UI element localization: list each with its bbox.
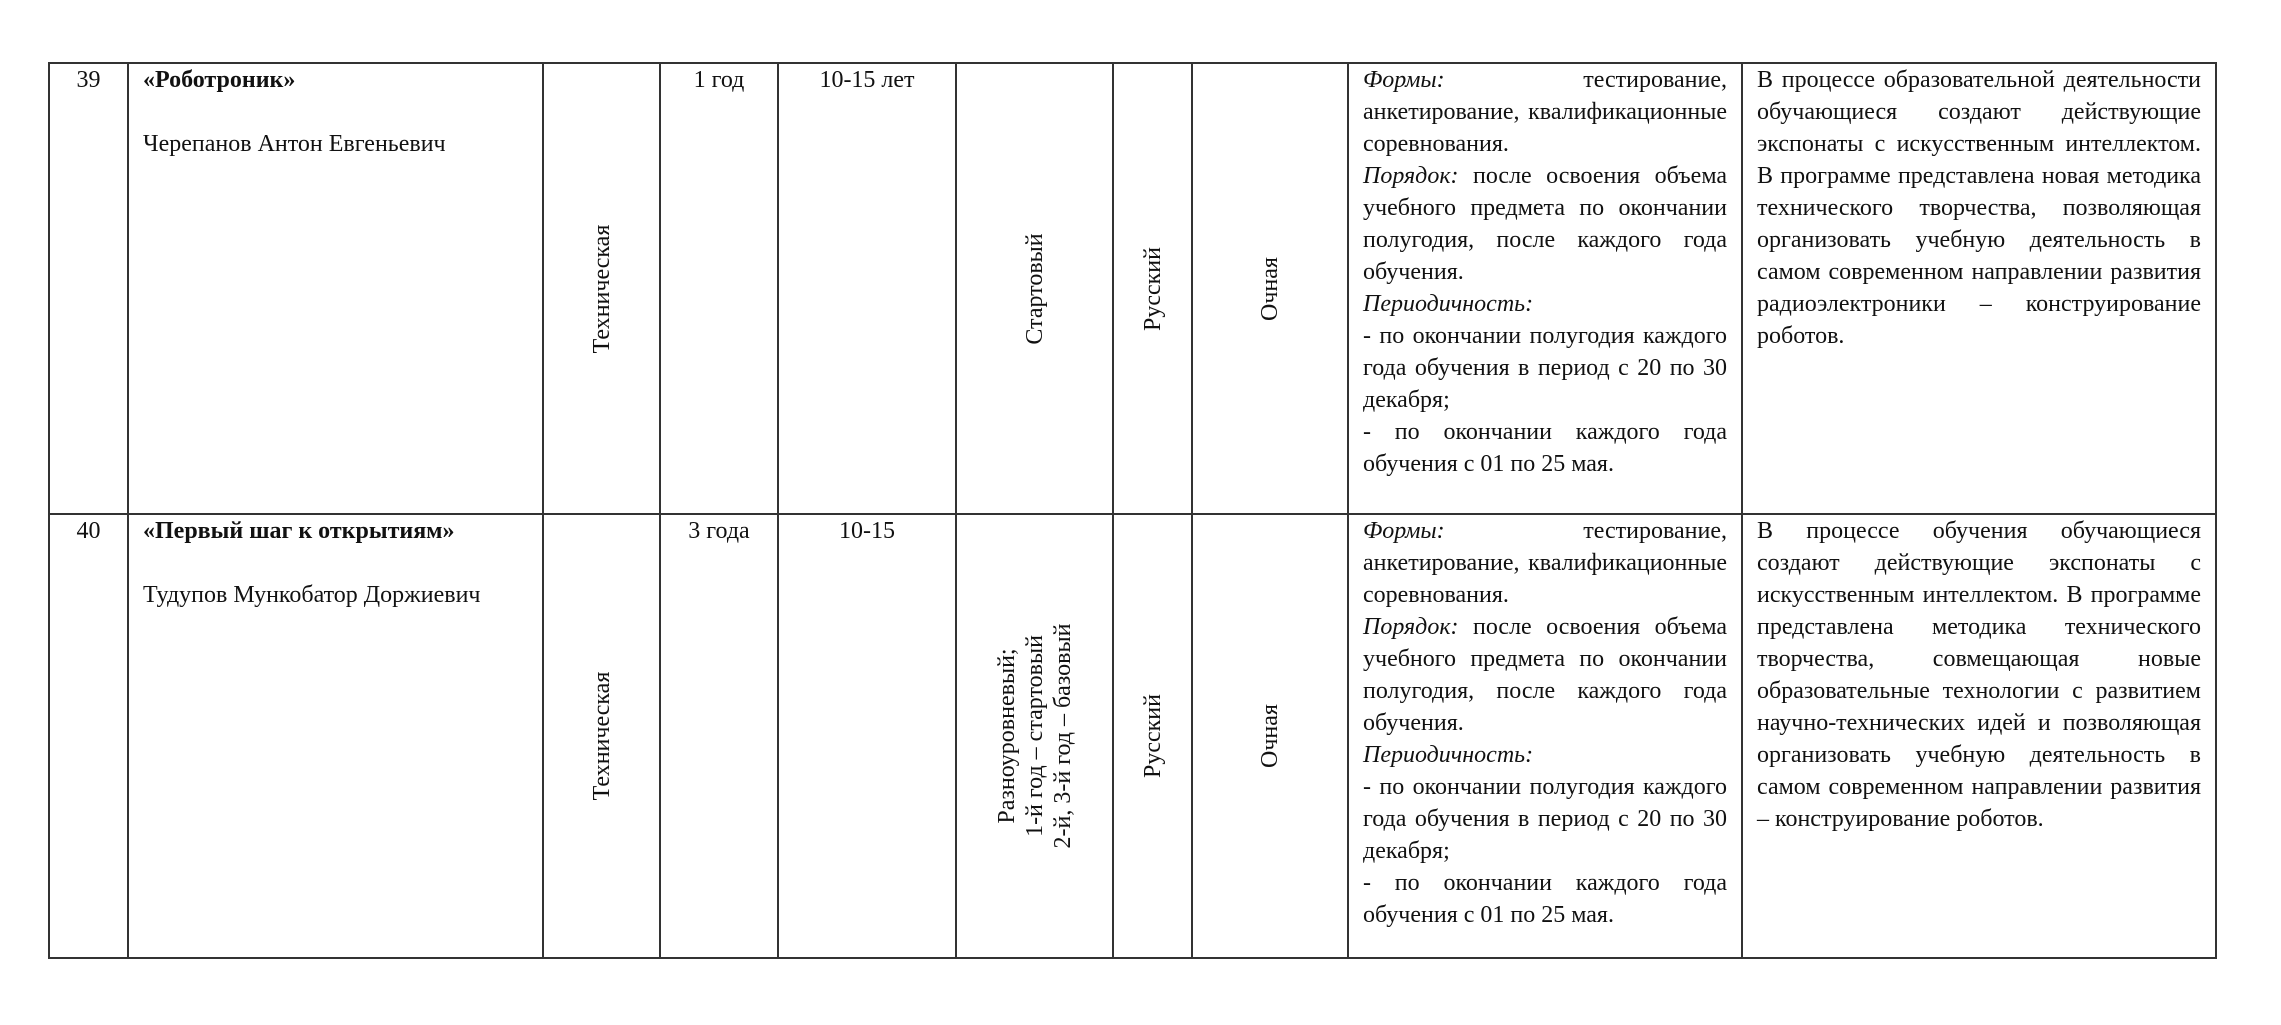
attestation-cell: Формы: тестирование, анкетирование, квал… <box>1348 63 1742 514</box>
forms-label: Формы: <box>1363 518 1445 544</box>
table-row: 39 «Роботроник» Черепанов Антон Евгеньев… <box>49 63 2216 514</box>
program-cell: «Первый шаг к открытиям» Тудупов Мункоба… <box>128 514 543 958</box>
language: Русский <box>1137 247 1169 331</box>
duration: 3 года <box>660 514 778 958</box>
direction-cell: Техническая <box>543 514 660 958</box>
program-title: «Роботроник» <box>143 64 528 96</box>
table-row: 40 «Первый шаг к открытиям» Тудупов Мунк… <box>49 514 2216 958</box>
attestation-forms: Формы: тестирование, анкетирование, квал… <box>1363 515 1727 611</box>
order-label: Порядок: <box>1363 163 1459 189</box>
study-form: Очная <box>1254 704 1286 768</box>
language-cell: Русский <box>1113 514 1192 958</box>
program-title: «Первый шаг к открытиям» <box>143 515 528 547</box>
level-line: Разноуровневый; <box>993 624 1021 849</box>
direction: Техническая <box>586 672 618 801</box>
attestation-cell: Формы: тестирование, анкетирование, квал… <box>1348 514 1742 958</box>
periodicity-label: Периодичность: <box>1363 288 1727 320</box>
level-cell: Стартовый <box>956 63 1113 514</box>
age-range: 10-15 лет <box>778 63 956 514</box>
attestation-order: Порядок: после освоения объема учебного … <box>1363 611 1727 739</box>
study-form-cell: Очная <box>1192 63 1348 514</box>
age-range: 10-15 <box>778 514 956 958</box>
language: Русский <box>1137 694 1169 778</box>
level-cell: Разноуровневый; 1-й год – стартовый 2-й,… <box>956 514 1113 958</box>
study-form-cell: Очная <box>1192 514 1348 958</box>
programs-table: 39 «Роботроник» Черепанов Антон Евгеньев… <box>48 62 2217 959</box>
level-line: 1-й год – стартовый <box>1021 624 1049 849</box>
description: В процессе обучения обучающиеся создают … <box>1742 514 2216 958</box>
row-number: 39 <box>49 63 128 514</box>
program-cell: «Роботроник» Черепанов Антон Евгеньевич <box>128 63 543 514</box>
row-number: 40 <box>49 514 128 958</box>
level: Разноуровневый; 1-й год – стартовый 2-й,… <box>993 624 1077 849</box>
periodicity-label: Периодичность: <box>1363 739 1727 771</box>
study-form: Очная <box>1254 257 1286 321</box>
periodicity-item: - по окончании полугодия каждого года об… <box>1363 320 1727 416</box>
direction-cell: Техническая <box>543 63 660 514</box>
level: Стартовый <box>1019 233 1051 344</box>
description: В процессе образовательной деятельности … <box>1742 63 2216 514</box>
attestation-forms: Формы: тестирование, анкетирование, квал… <box>1363 64 1727 160</box>
periodicity-item: - по окончании полугодия каждого года об… <box>1363 771 1727 867</box>
attestation-order: Порядок: после освоения объема учебного … <box>1363 160 1727 288</box>
language-cell: Русский <box>1113 63 1192 514</box>
level-line: 2-й, 3-й год – базовый <box>1049 624 1077 849</box>
order-label: Порядок: <box>1363 614 1459 640</box>
direction: Техническая <box>586 224 618 353</box>
forms-label: Формы: <box>1363 67 1445 93</box>
periodicity-item: - по окончании каждого года обучения с 0… <box>1363 867 1727 931</box>
teacher-name: Черепанов Антон Евгеньевич <box>143 128 528 160</box>
periodicity-item: - по окончании каждого года обучения с 0… <box>1363 416 1727 480</box>
teacher-name: Тудупов Мункобатор Доржиевич <box>143 579 503 611</box>
duration: 1 год <box>660 63 778 514</box>
